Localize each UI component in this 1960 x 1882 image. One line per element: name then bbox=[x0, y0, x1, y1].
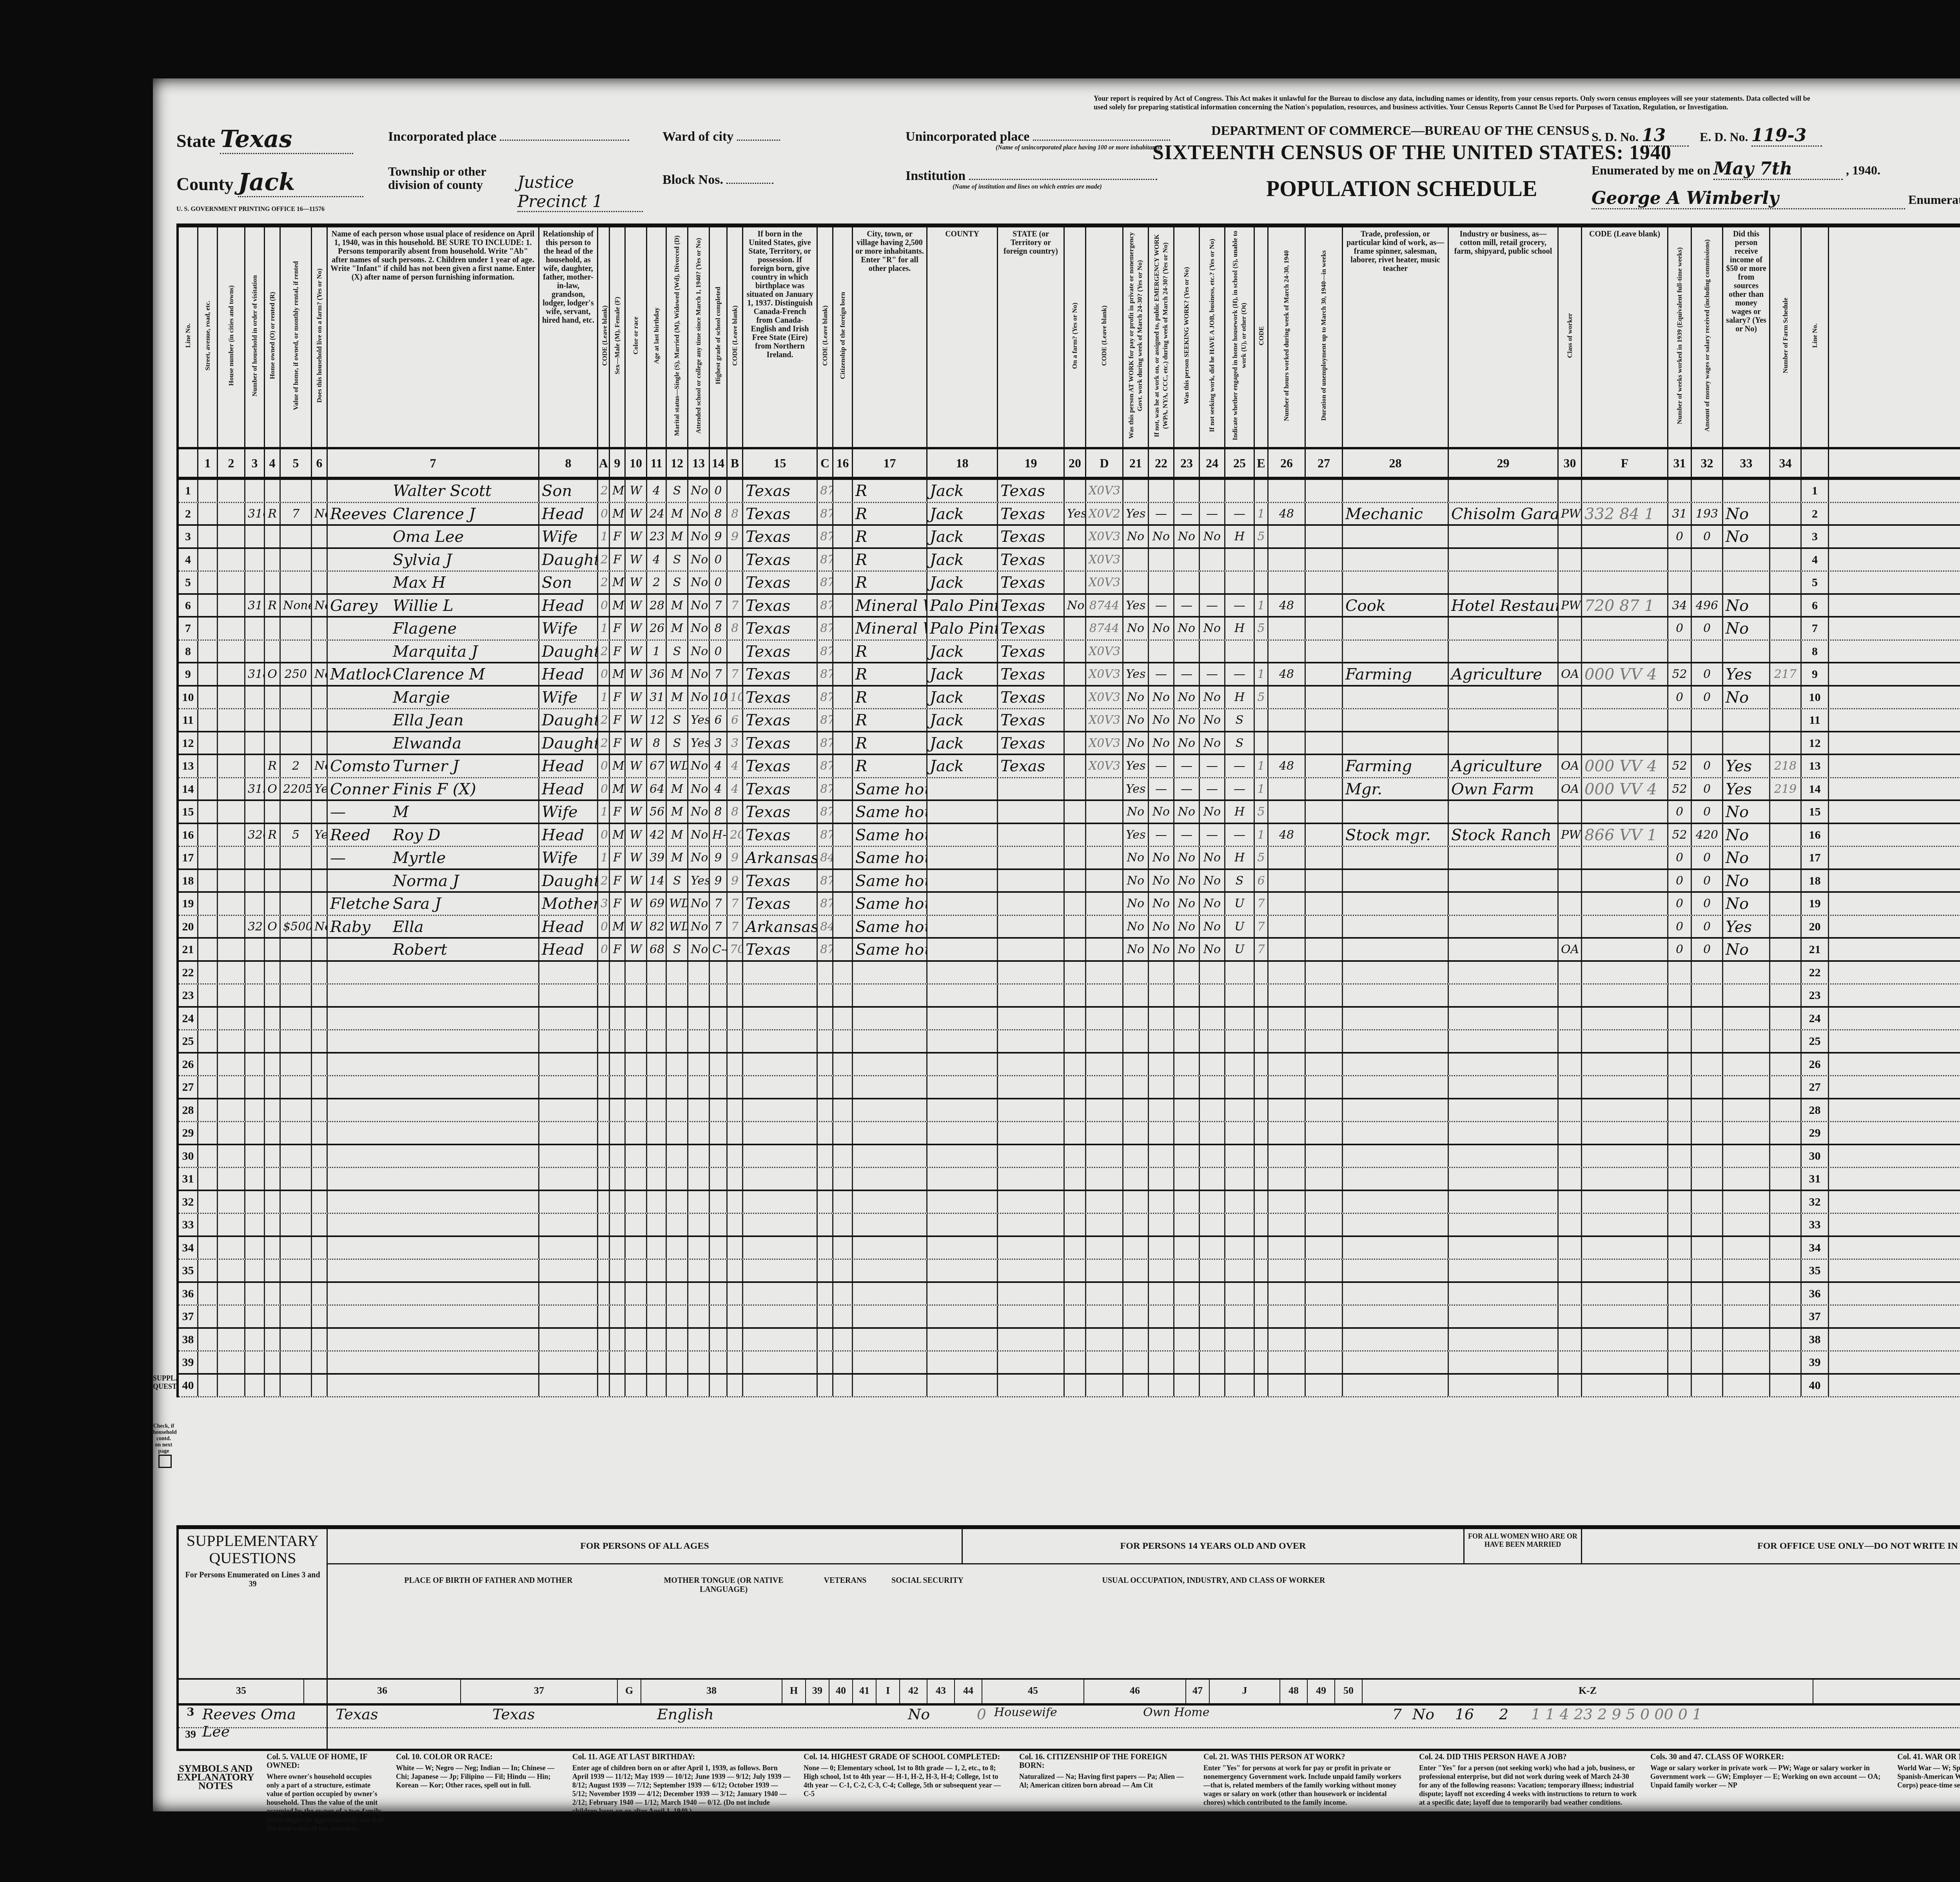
cell-codeD bbox=[1086, 847, 1123, 868]
cell-c23: No bbox=[1174, 687, 1200, 708]
cell-street bbox=[198, 916, 218, 937]
cell-c24: — bbox=[1200, 595, 1225, 616]
cell-wages: 0 bbox=[1692, 526, 1723, 547]
cell-c21: No bbox=[1123, 709, 1149, 731]
cell-other_inc bbox=[1723, 572, 1770, 593]
cell-codeA: 0 bbox=[598, 916, 610, 937]
cell-weeks: 0 bbox=[1668, 526, 1692, 547]
cell-res_state: Texas bbox=[998, 709, 1065, 731]
supplementary-questions: SUPPLEMENTARY QUESTIONS For Persons Enum… bbox=[176, 1525, 1960, 1751]
line-number: 23 bbox=[179, 985, 198, 1006]
cell-codeA: 0 bbox=[598, 939, 610, 960]
cell-hours bbox=[1269, 778, 1306, 800]
table-row: 5Max HSon2MW2SNo0Texas87RJackTexasX0V35 bbox=[179, 572, 1960, 595]
cell-line: 21 bbox=[179, 939, 198, 960]
cell-c24: No bbox=[1200, 870, 1225, 892]
cell-res_state: Texas bbox=[998, 572, 1065, 593]
cell-relation: Wife bbox=[539, 618, 598, 639]
cell-cls bbox=[1559, 847, 1582, 868]
line-number: 39 bbox=[179, 1352, 198, 1373]
cell-birth: Texas bbox=[743, 503, 818, 525]
cell-res_city: Same house bbox=[853, 801, 927, 823]
cell-house bbox=[218, 709, 245, 731]
cell-surname: Conner bbox=[328, 778, 390, 800]
cell-res_state: Texas bbox=[998, 618, 1065, 639]
cell-c21: No bbox=[1123, 618, 1149, 639]
social-security-heading: SOCIAL SECURITY bbox=[888, 1576, 967, 1585]
cell-surname: — bbox=[328, 801, 390, 823]
cell-other_inc: Yes bbox=[1723, 755, 1770, 777]
cell-codeE bbox=[1255, 732, 1269, 754]
cell-cls bbox=[1559, 641, 1582, 662]
cell-given: Sylvia J bbox=[390, 549, 539, 571]
cell-house bbox=[218, 687, 245, 708]
cell-res_city: R bbox=[853, 480, 927, 502]
cell-res_farm bbox=[1065, 847, 1086, 868]
column-header-D: CODE (Leave blank) bbox=[1086, 227, 1123, 447]
cell-hours bbox=[1269, 893, 1306, 915]
cell-res_city: Same house bbox=[853, 916, 927, 937]
cell-codeA: 1 bbox=[598, 847, 610, 868]
cell-wages bbox=[1692, 549, 1723, 571]
cell-res_farm bbox=[1065, 618, 1086, 639]
cell-wages: 0 bbox=[1692, 778, 1723, 800]
cell-ind: Chisolm Garage bbox=[1449, 503, 1559, 525]
cell-cit bbox=[833, 709, 853, 731]
supp-column-number: 46 bbox=[1084, 1680, 1186, 1703]
cell-c25: U bbox=[1225, 916, 1255, 937]
cell-farm bbox=[312, 732, 328, 754]
cell-line: 17 bbox=[179, 847, 198, 868]
cell-res_city: Same house bbox=[853, 893, 927, 915]
cell-given: Clarence M bbox=[390, 663, 539, 685]
cell-c22: No bbox=[1149, 801, 1174, 823]
cell-other_inc: No bbox=[1723, 595, 1770, 616]
cell-line: 7 bbox=[1802, 618, 1829, 639]
cell-birth: Texas bbox=[743, 824, 818, 846]
cell-surname: — bbox=[328, 847, 390, 868]
cell-relation: Head bbox=[539, 824, 598, 846]
cell-relation: Head bbox=[539, 939, 598, 960]
cell-age: 69 bbox=[647, 893, 667, 915]
cell-codeF bbox=[1582, 572, 1668, 593]
column-number: 25 bbox=[1225, 449, 1255, 477]
table-row: 1Walter ScottSon2MW4SNo0Texas87RJackTexa… bbox=[179, 480, 1960, 503]
cell-res_county: Jack bbox=[927, 572, 998, 593]
cell-race: W bbox=[626, 641, 647, 662]
cell-race: W bbox=[626, 687, 647, 708]
column-header-17: City, town, or village having 2,500 or m… bbox=[853, 227, 927, 447]
supp-usual-industry: Own Home bbox=[1143, 1706, 1292, 1727]
cell-farm bbox=[312, 801, 328, 823]
cell-unemp bbox=[1306, 549, 1343, 571]
cell-birth: Texas bbox=[743, 778, 818, 800]
cell-codeA: 2 bbox=[598, 709, 610, 731]
cell-weeks bbox=[1668, 709, 1692, 731]
cell-cit bbox=[833, 595, 853, 616]
cell-line: 19 bbox=[1802, 893, 1829, 915]
table-row: 6317RNoneNoGareyWillie LHead0MW28MNo77Te… bbox=[179, 595, 1960, 618]
column-number: 30 bbox=[1559, 449, 1582, 477]
cell-relation: Daughter bbox=[539, 732, 598, 754]
cell-marital: M bbox=[667, 778, 688, 800]
line-number: 37 bbox=[179, 1306, 198, 1327]
cell-c22: — bbox=[1149, 663, 1174, 685]
cell-wages: 0 bbox=[1692, 663, 1723, 685]
cell-c25: H bbox=[1225, 618, 1255, 639]
cell-c25: S bbox=[1225, 709, 1255, 731]
cell-given: Roy D bbox=[390, 824, 539, 846]
cell-cit bbox=[833, 801, 853, 823]
line-number: 40 bbox=[179, 1375, 198, 1397]
cell-hours: 48 bbox=[1269, 503, 1306, 525]
cell-codeE: 6 bbox=[1255, 870, 1269, 892]
cell-ind bbox=[1449, 939, 1559, 960]
cell-farm: No bbox=[312, 916, 328, 937]
line-number: 29 bbox=[1802, 1122, 1829, 1144]
cell-grade: 0 bbox=[710, 641, 728, 662]
cell-c23 bbox=[1174, 572, 1200, 593]
cell-farm_sch bbox=[1770, 572, 1802, 593]
cell-weeks bbox=[1668, 572, 1692, 593]
cell-unemp bbox=[1306, 939, 1343, 960]
line-number: 29 bbox=[179, 1122, 198, 1144]
column-header-line: Line No. bbox=[1802, 227, 1829, 447]
cell-age: 8 bbox=[647, 732, 667, 754]
cell-marital: S bbox=[667, 732, 688, 754]
cell-sex: F bbox=[610, 847, 626, 868]
cell-grade: C-4 bbox=[710, 939, 728, 960]
cell-codeE bbox=[1255, 709, 1269, 731]
cell-birth: Texas bbox=[743, 618, 818, 639]
cell-codeA: 2 bbox=[598, 480, 610, 502]
cell-line: 12 bbox=[1802, 732, 1829, 754]
cell-race: W bbox=[626, 663, 647, 685]
cell-weeks: 0 bbox=[1668, 916, 1692, 937]
table-row: 12ElwandaDaughter2FW8SYes33Texas87RJackT… bbox=[179, 732, 1960, 756]
cell-sex: M bbox=[610, 480, 626, 502]
column-number: 20 bbox=[1065, 449, 1086, 477]
cell-hh: 316 bbox=[245, 503, 265, 525]
column-number: 24 bbox=[1200, 449, 1225, 477]
cell-c23: No bbox=[1174, 847, 1200, 868]
cell-cls bbox=[1559, 801, 1582, 823]
cell-school: No bbox=[688, 549, 710, 571]
cell-c25: — bbox=[1225, 755, 1255, 777]
cell-codeD bbox=[1086, 916, 1123, 937]
column-number: 14 bbox=[710, 449, 728, 477]
cell-c21 bbox=[1123, 480, 1149, 502]
cell-c21: Yes bbox=[1123, 595, 1149, 616]
column-number: D bbox=[1086, 449, 1123, 477]
cell-line: 6 bbox=[179, 595, 198, 616]
cell-farm_sch bbox=[1770, 801, 1802, 823]
cell-codeE: 5 bbox=[1255, 847, 1269, 868]
cell-line: 13 bbox=[1802, 755, 1829, 777]
cell-surname bbox=[328, 641, 390, 662]
cell-other_inc bbox=[1723, 480, 1770, 502]
cell-codeF: 000 VV 4 bbox=[1582, 663, 1668, 685]
cell-codeE: 1 bbox=[1255, 663, 1269, 685]
cell-codeE bbox=[1255, 572, 1269, 593]
cell-c25: H bbox=[1225, 526, 1255, 547]
cell-cls: OA bbox=[1559, 663, 1582, 685]
cell-occ: Farming bbox=[1343, 755, 1449, 777]
cell-codeB: 8 bbox=[728, 801, 743, 823]
cell-birth: Texas bbox=[743, 801, 818, 823]
cell-res_farm bbox=[1065, 893, 1086, 915]
cell-c22: No bbox=[1149, 916, 1174, 937]
supp-column-number: 49 bbox=[1308, 1680, 1335, 1703]
supp-column-number: 38 bbox=[641, 1680, 782, 1703]
cell-hours bbox=[1269, 870, 1306, 892]
cell-res_city: Mineral Wells bbox=[853, 618, 927, 639]
line-number: 31 bbox=[1802, 1168, 1829, 1190]
cell-surname: Fletcher bbox=[328, 893, 390, 915]
cell-grade: 9 bbox=[710, 526, 728, 547]
cell-farm bbox=[312, 870, 328, 892]
cell-own bbox=[265, 687, 281, 708]
cell-occ: Farming bbox=[1343, 663, 1449, 685]
cell-codeF bbox=[1582, 526, 1668, 547]
cell-race: W bbox=[626, 526, 647, 547]
cell-cls bbox=[1559, 526, 1582, 547]
cell-unemp bbox=[1306, 618, 1343, 639]
cell-farm_sch bbox=[1770, 641, 1802, 662]
cell-hh: 317 bbox=[245, 595, 265, 616]
cell-c25: U bbox=[1225, 939, 1255, 960]
cell-res_county: Jack bbox=[927, 687, 998, 708]
column-number: 27 bbox=[1306, 449, 1343, 477]
cell-value bbox=[281, 572, 312, 593]
cell-unemp bbox=[1306, 824, 1343, 846]
cell-codeF bbox=[1582, 870, 1668, 892]
cell-given: Willie L bbox=[390, 595, 539, 616]
cell-c23: No bbox=[1174, 939, 1200, 960]
cell-age: 39 bbox=[647, 847, 667, 868]
cell-farm bbox=[312, 618, 328, 639]
cell-marital: M bbox=[667, 847, 688, 868]
cell-school: No bbox=[688, 687, 710, 708]
column-header-15: If born in the United States, give State… bbox=[743, 227, 818, 447]
office-use-heading: FOR OFFICE USE ONLY—DO NOT WRITE IN THES… bbox=[1582, 1529, 1960, 1564]
cell-cls bbox=[1559, 709, 1582, 731]
cell-unemp bbox=[1306, 709, 1343, 731]
cell-weeks bbox=[1668, 732, 1692, 754]
table-row-empty: 3636 bbox=[179, 1283, 1960, 1306]
cell-age: 64 bbox=[647, 778, 667, 800]
line-number: 38 bbox=[179, 1329, 198, 1351]
line-number: 27 bbox=[179, 1076, 198, 1098]
cell-c23: No bbox=[1174, 893, 1200, 915]
cell-codeD: 8744 bbox=[1086, 595, 1123, 616]
table-body: 1Walter ScottSon2MW4SNo0Texas87RJackTexa… bbox=[179, 480, 1960, 1397]
cell-street bbox=[198, 939, 218, 960]
cell-school: No bbox=[688, 847, 710, 868]
line-number: 31 bbox=[179, 1168, 198, 1190]
cell-farm_sch bbox=[1770, 870, 1802, 892]
cell-res_state: Texas bbox=[998, 480, 1065, 502]
cell-line: 14 bbox=[179, 778, 198, 800]
cell-hh: 321 bbox=[245, 916, 265, 937]
cell-res_county bbox=[927, 939, 998, 960]
cell-c24: No bbox=[1200, 526, 1225, 547]
line-number: 32 bbox=[1802, 1191, 1829, 1213]
cell-unemp bbox=[1306, 916, 1343, 937]
cell-hh bbox=[245, 939, 265, 960]
cell-grade: 9 bbox=[710, 870, 728, 892]
cell-hh bbox=[245, 687, 265, 708]
cell-surname bbox=[328, 618, 390, 639]
cell-unemp bbox=[1306, 480, 1343, 502]
cell-c24 bbox=[1200, 549, 1225, 571]
cell-grade: 10 bbox=[710, 687, 728, 708]
column-header-32: Amount of money wages or salary received… bbox=[1692, 227, 1723, 447]
column-header-23: Was this person SEEKING WORK? (Yes or No… bbox=[1174, 227, 1200, 447]
supp-column-number: 47 bbox=[1186, 1680, 1210, 1703]
cell-codeB bbox=[728, 480, 743, 502]
cell-res_county bbox=[927, 824, 998, 846]
cell-codeB: 20 bbox=[728, 824, 743, 846]
cell-house bbox=[218, 778, 245, 800]
cell-street bbox=[198, 526, 218, 547]
cell-line: 18 bbox=[179, 870, 198, 892]
line-number: 35 bbox=[1802, 1260, 1829, 1281]
cell-age: 82 bbox=[647, 916, 667, 937]
cell-codeF bbox=[1582, 732, 1668, 754]
township-label: Township or other division of county bbox=[388, 165, 514, 191]
cell-ind bbox=[1449, 641, 1559, 662]
cell-occ bbox=[1343, 709, 1449, 731]
cell-c24: No bbox=[1200, 618, 1225, 639]
state-field: State Texas bbox=[176, 125, 353, 154]
cell-farm_sch bbox=[1770, 939, 1802, 960]
column-header-11: Age at last birthday bbox=[647, 227, 667, 447]
column-header-34: Number of Farm Schedule bbox=[1770, 227, 1802, 447]
cell-street bbox=[198, 847, 218, 868]
cell-ind bbox=[1449, 847, 1559, 868]
cell-house bbox=[218, 641, 245, 662]
cell-codeF bbox=[1582, 618, 1668, 639]
cell-birth: Texas bbox=[743, 641, 818, 662]
cell-c22: No bbox=[1149, 709, 1174, 731]
cell-house bbox=[218, 916, 245, 937]
cell-cit bbox=[833, 572, 853, 593]
cell-res_city: R bbox=[853, 572, 927, 593]
column-header-F: CODE (Leave blank) bbox=[1582, 227, 1668, 447]
cell-codeD: X0V3 bbox=[1086, 709, 1123, 731]
cell-value bbox=[281, 687, 312, 708]
cell-res_city: R bbox=[853, 503, 927, 525]
cell-given: Margie bbox=[390, 687, 539, 708]
cell-own: O bbox=[265, 663, 281, 685]
cell-c25: H bbox=[1225, 801, 1255, 823]
cell-given: Marquita J bbox=[390, 641, 539, 662]
supp-language: English bbox=[649, 1706, 822, 1727]
cell-res_state bbox=[998, 939, 1065, 960]
cell-sex: M bbox=[610, 755, 626, 777]
cell-occ bbox=[1343, 870, 1449, 892]
line-number: 25 bbox=[1802, 1030, 1829, 1052]
cell-birth: Arkansas bbox=[743, 847, 818, 868]
column-header-30: Class of worker bbox=[1559, 227, 1582, 447]
table-row: 19FletcherSara JMother-in-law3FW69WDNo77… bbox=[179, 893, 1960, 916]
line-number: 24 bbox=[179, 1008, 198, 1030]
column-header-14: Highest grade of school completed bbox=[710, 227, 728, 447]
cell-codeF: 000 VV 4 bbox=[1582, 778, 1668, 800]
table-row: 14319O2205YesConnerFinis F (X)Head0MW64M… bbox=[179, 778, 1960, 801]
cell-street bbox=[198, 503, 218, 525]
cell-res_farm bbox=[1065, 870, 1086, 892]
cell-surname bbox=[328, 572, 390, 593]
cell-line: 11 bbox=[179, 709, 198, 731]
cell-codeD: X0V2 bbox=[1086, 503, 1123, 525]
cell-given: Ella bbox=[390, 916, 539, 937]
cell-c21: No bbox=[1123, 687, 1149, 708]
cell-age: 42 bbox=[647, 824, 667, 846]
cell-sex: M bbox=[610, 824, 626, 846]
cell-given: Elwanda bbox=[390, 732, 539, 754]
cell-own bbox=[265, 870, 281, 892]
cell-res_farm bbox=[1065, 824, 1086, 846]
cell-codeD: X0V3 bbox=[1086, 732, 1123, 754]
cell-c24: No bbox=[1200, 801, 1225, 823]
table-row: 11Ella JeanDaughter2FW12SYes66Texas87RJa… bbox=[179, 709, 1960, 732]
cell-occ bbox=[1343, 480, 1449, 502]
cell-given: Ella Jean bbox=[390, 709, 539, 731]
column-number: 34 bbox=[1770, 449, 1802, 477]
column-header-7: Name of each person whose usual place of… bbox=[328, 227, 539, 447]
cell-grade: 0 bbox=[710, 480, 728, 502]
cell-res_farm bbox=[1065, 709, 1086, 731]
cell-res_city: R bbox=[853, 755, 927, 777]
cell-unemp bbox=[1306, 595, 1343, 616]
line-number: 30 bbox=[1802, 1145, 1829, 1167]
column-number: 28 bbox=[1343, 449, 1449, 477]
cell-c25: — bbox=[1225, 595, 1255, 616]
cell-line: 15 bbox=[179, 801, 198, 823]
cell-weeks: 0 bbox=[1668, 893, 1692, 915]
cell-value: 5 bbox=[281, 824, 312, 846]
household-continued-checkbox[interactable] bbox=[158, 1455, 172, 1468]
cell-wages bbox=[1692, 480, 1723, 502]
table-row: 16320R5YesReedRoy DHead0MW42MNoH-220Texa… bbox=[179, 824, 1960, 847]
cell-codeC: 87 bbox=[818, 824, 833, 846]
cell-sex: F bbox=[610, 870, 626, 892]
county-field: County Jack bbox=[176, 169, 363, 197]
cell-res_farm bbox=[1065, 801, 1086, 823]
column-header-29: Industry or business, as— cotton mill, r… bbox=[1449, 227, 1559, 447]
cell-res_city: R bbox=[853, 709, 927, 731]
column-header-28: Trade, profession, or particular kind of… bbox=[1343, 227, 1449, 447]
line-number: 35 bbox=[179, 1260, 198, 1281]
cell-race: W bbox=[626, 893, 647, 915]
cell-codeB: 8 bbox=[728, 503, 743, 525]
cell-res_state bbox=[998, 893, 1065, 915]
cell-res_farm: No bbox=[1065, 595, 1086, 616]
line-number: 28 bbox=[1802, 1099, 1829, 1121]
supp-column-number: 44 bbox=[955, 1680, 982, 1703]
cell-line: 11 bbox=[1802, 709, 1829, 731]
cell-line: 16 bbox=[1802, 824, 1829, 846]
cell-street bbox=[198, 732, 218, 754]
cell-sex: M bbox=[610, 916, 626, 937]
table-row: 17—MyrtleWife1FW39MNo99Arkansas84Same ho… bbox=[179, 847, 1960, 870]
cell-res_county: Jack bbox=[927, 641, 998, 662]
cell-ind bbox=[1449, 480, 1559, 502]
cell-given: Clarence J bbox=[390, 503, 539, 525]
cell-other_inc: No bbox=[1723, 824, 1770, 846]
